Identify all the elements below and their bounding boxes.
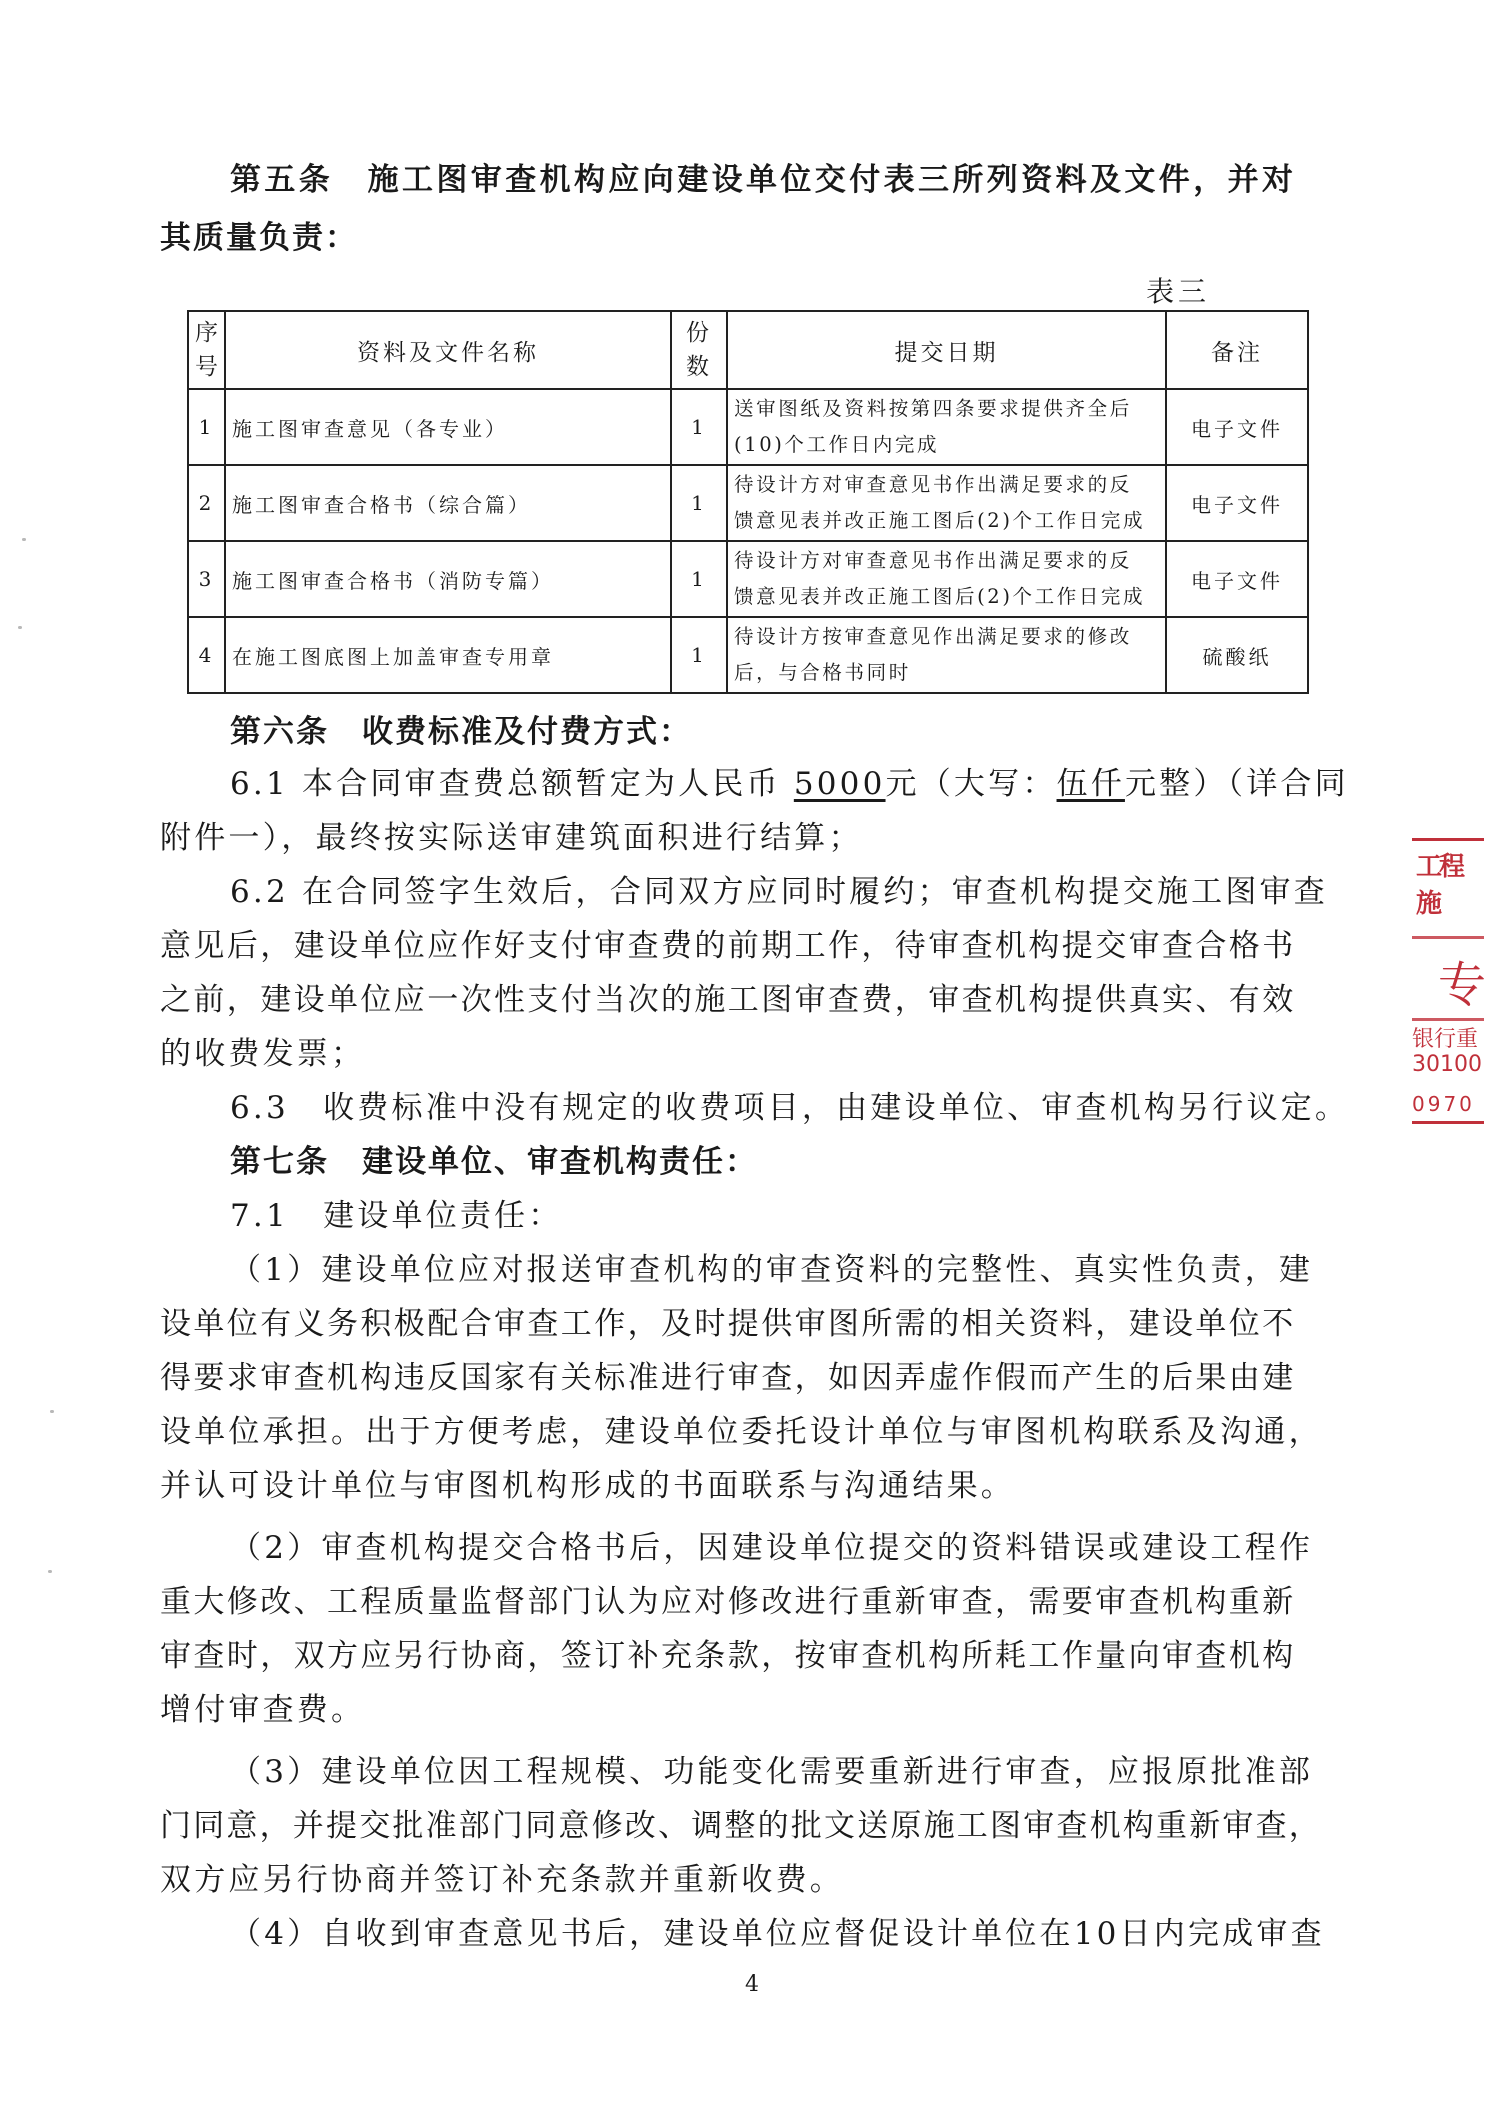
item1-line1: （1）建设单位应对报送审查机构的审查资料的完整性、真实性负责，建 — [230, 1250, 1313, 1290]
item1-line3: 得要求审查机构违反国家有关标准进行审查，如因弄虚作假而产生的后果由建 — [160, 1358, 1296, 1398]
clause-6-2-line3: 之前，建设单位应一次性支付当次的施工图审查费，审查机构提供真实、有效 — [160, 980, 1296, 1020]
cell-count: 1 — [671, 617, 727, 693]
seal-border — [1412, 1018, 1484, 1021]
cell-no: 3 — [188, 541, 225, 617]
seal-stamp: 工程施 专 银行重 30100 0970 — [1412, 834, 1484, 1124]
item3-line1: （3）建设单位因工程规模、功能变化需要重新进行审查，应报原批准部 — [230, 1752, 1313, 1792]
header-date: 提交日期 — [727, 311, 1166, 389]
cell-date: 送审图纸及资料按第四条要求提供齐全后(10)个工作日内完成 — [727, 389, 1166, 465]
cell-no: 2 — [188, 465, 225, 541]
item3-line3: 双方应另行协商并签订补充条款并重新收费。 — [160, 1860, 844, 1900]
cell-remark: 电子文件 — [1166, 465, 1308, 541]
document-page: 第五条 施工图审查机构应向建设单位交付表三所列资料及文件，并对 其质量负责： 表… — [0, 0, 1489, 2106]
clause-6-1-line1: 6.1 本合同审查费总额暂定为人民币 5000元（大写：伍仟元整）（详合同 — [230, 764, 1349, 804]
deliverables-table: 序号 资料及文件名称 份数 提交日期 备注 1 施工图审查意见（各专业） 1 送… — [187, 310, 1309, 694]
item3-line2: 门同意，并提交批准部门同意修改、调整的批文送原施工图审查机构重新审查， — [160, 1806, 1322, 1846]
item1-line5: 并认可设计单位与审图机构形成的书面联系与沟通结果。 — [160, 1466, 1015, 1506]
header-name: 资料及文件名称 — [225, 311, 671, 389]
seal-border — [1412, 936, 1484, 939]
item1-line4: 设单位承担。出于方便考虑，建设单位委托设计单位与审图机构联系及沟通， — [160, 1412, 1323, 1452]
seal-text: 工程施 — [1416, 846, 1484, 920]
item2-line1: （2）审查机构提交合格书后，因建设单位提交的资料错误或建设工程作 — [230, 1528, 1313, 1568]
article5-line2: 其质量负责： — [160, 218, 358, 258]
scan-speck — [48, 1570, 52, 1573]
cell-name: 施工图审查合格书（综合篇） — [225, 465, 671, 541]
cell-remark: 硫酸纸 — [1166, 617, 1308, 693]
item4-line1: （4）自收到审查意见书后，建设单位应督促设计单位在10日内完成审查 — [230, 1914, 1325, 1954]
seal-border — [1412, 838, 1484, 841]
scan-speck — [22, 538, 26, 541]
header-no: 序号 — [188, 311, 225, 389]
scan-speck — [50, 1410, 54, 1413]
table-row: 2 施工图审查合格书（综合篇） 1 待设计方对审查意见书作出满足要求的反馈意见表… — [188, 465, 1308, 541]
cell-name: 在施工图底图上加盖审查专用章 — [225, 617, 671, 693]
seal-text: 30100 — [1412, 1052, 1482, 1077]
cell-name: 施工图审查合格书（消防专篇） — [225, 541, 671, 617]
article5-line1: 第五条 施工图审查机构应向建设单位交付表三所列资料及文件，并对 — [230, 160, 1296, 200]
cell-name: 施工图审查意见（各专业） — [225, 389, 671, 465]
cell-date: 待设计方对审查意见书作出满足要求的反馈意见表并改正施工图后(2)个工作日完成 — [727, 465, 1166, 541]
article6-heading: 第六条 收费标准及付费方式： — [230, 712, 692, 752]
table-row: 3 施工图审查合格书（消防专篇） 1 待设计方对审查意见书作出满足要求的反馈意见… — [188, 541, 1308, 617]
clause-6-2-line1: 6.2 在合同签字生效后，合同双方应同时履约；审查机构提交施工图审查 — [230, 872, 1328, 912]
header-remark: 备注 — [1166, 311, 1308, 389]
cell-count: 1 — [671, 465, 727, 541]
header-count: 份数 — [671, 311, 727, 389]
seal-text: 银行重 — [1412, 1022, 1478, 1053]
seal-text: 0970 — [1412, 1092, 1475, 1116]
item2-line3: 审查时，双方应另行协商，签订补充条款，按审查机构所耗工作量向审查机构 — [160, 1636, 1296, 1676]
item2-line4: 增付审查费。 — [160, 1690, 365, 1730]
clause-6-1-line2: 附件一），最终按实际送审建筑面积进行结算； — [160, 818, 863, 858]
cell-count: 1 — [671, 389, 727, 465]
cell-no: 1 — [188, 389, 225, 465]
table-header-row: 序号 资料及文件名称 份数 提交日期 备注 — [188, 311, 1308, 389]
table-row: 1 施工图审查意见（各专业） 1 送审图纸及资料按第四条要求提供齐全后(10)个… — [188, 389, 1308, 465]
seal-border — [1412, 1121, 1484, 1124]
clause-6-3: 6.3 收费标准中没有规定的收费项目，由建设单位、审查机构另行议定。 — [230, 1088, 1349, 1128]
cell-remark: 电子文件 — [1166, 389, 1308, 465]
scan-speck — [18, 626, 22, 629]
clause-6-2-line4: 的收费发票； — [160, 1034, 365, 1074]
clause-6-2-line2: 意见后，建设单位应作好支付审查费的前期工作，待审查机构提交审查合格书 — [160, 926, 1296, 966]
table-row: 4 在施工图底图上加盖审查专用章 1 待设计方按审查意见作出满足要求的修改后，与… — [188, 617, 1308, 693]
table-caption: 表三 — [1146, 270, 1210, 310]
clause-7-1: 7.1 建设单位责任： — [230, 1196, 563, 1236]
seal-text: 专 — [1438, 946, 1486, 1015]
cell-count: 1 — [671, 541, 727, 617]
fee-amount-chinese: 伍仟 — [1057, 766, 1125, 802]
page-number: 4 — [745, 1972, 759, 1997]
article7-heading: 第七条 建设单位、审查机构责任： — [230, 1142, 758, 1182]
cell-date: 待设计方对审查意见书作出满足要求的反馈意见表并改正施工图后(2)个工作日完成 — [727, 541, 1166, 617]
cell-remark: 电子文件 — [1166, 541, 1308, 617]
cell-no: 4 — [188, 617, 225, 693]
item1-line2: 设单位有义务积极配合审查工作，及时提供审图所需的相关资料，建设单位不 — [160, 1304, 1296, 1344]
cell-date: 待设计方按审查意见作出满足要求的修改后，与合格书同时 — [727, 617, 1166, 693]
fee-amount: 5000 — [794, 766, 886, 802]
item2-line2: 重大修改、工程质量监督部门认为应对修改进行重新审查，需要审查机构重新 — [160, 1582, 1296, 1622]
